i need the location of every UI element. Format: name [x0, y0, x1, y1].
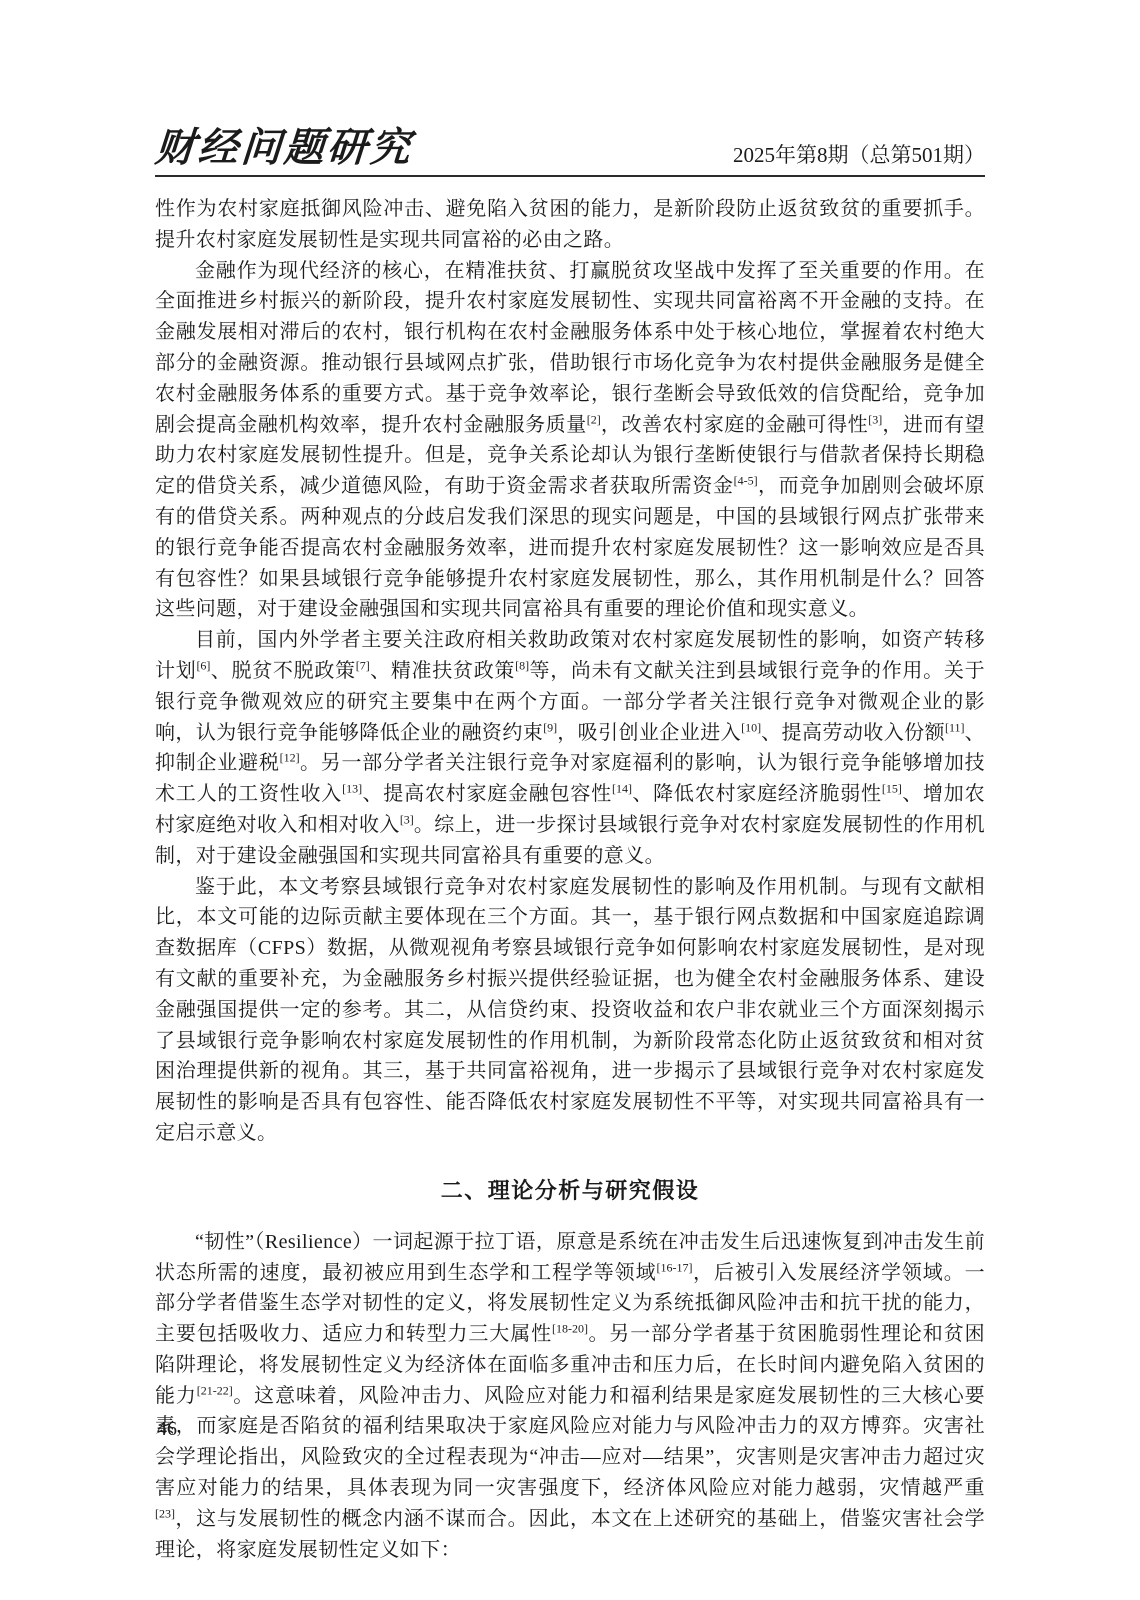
citation-ref: [10]: [741, 720, 761, 734]
citation-ref: [8]: [515, 658, 529, 672]
citation-ref: [13]: [342, 781, 362, 795]
journal-issue-info: 2025年第8期（总第501期）: [733, 143, 985, 168]
citation-ref: [23]: [155, 1506, 175, 1520]
citation-ref: [21-22]: [197, 1383, 233, 1397]
citation-ref: [18-20]: [552, 1321, 588, 1335]
citation-ref: [3]: [400, 812, 414, 826]
paragraph: “韧性”（Resilience）一词起源于拉丁语，原意是系统在冲击发生后迅速恢复…: [155, 1227, 985, 1566]
paragraph: 目前，国内外学者主要关注政府相关救助政策对农村家庭发展韧性的影响，如资产转移计划…: [155, 625, 985, 871]
citation-ref: [11]: [945, 720, 965, 734]
page-number: 46: [157, 1418, 177, 1441]
article-body: 性作为农村家庭抵御风险冲击、避免陷入贫困的能力，是新阶段防止返贫致贫的重要抓手。…: [155, 194, 985, 1565]
citation-ref: [2]: [587, 412, 601, 426]
paragraph: 鉴于此，本文考察县域银行竞争对农村家庭发展韧性的影响及作用机制。与现有文献相比，…: [155, 872, 985, 1149]
citation-ref: [4-5]: [734, 474, 758, 488]
citation-ref: [6]: [196, 658, 210, 672]
citation-ref: [12]: [280, 751, 300, 765]
citation-ref: [3]: [868, 412, 882, 426]
citation-ref: [7]: [356, 658, 370, 672]
paragraph: 性作为农村家庭抵御风险冲击、避免陷入贫困的能力，是新阶段防止返贫致贫的重要抓手。…: [155, 194, 985, 256]
journal-logo: 财经问题研究: [154, 128, 415, 168]
citation-ref: [14]: [612, 781, 632, 795]
section-heading: 二、理论分析与研究假设: [155, 1174, 985, 1205]
citation-ref: [15]: [882, 781, 902, 795]
journal-header: 财经问题研究 2025年第8期（总第501期）: [155, 128, 985, 177]
citation-ref: [9]: [543, 720, 557, 734]
citation-ref: [16-17]: [656, 1260, 692, 1274]
journal-page: 财经问题研究 2025年第8期（总第501期） 性作为农村家庭抵御风险冲击、避免…: [0, 0, 1140, 1600]
paragraph: 金融作为现代经济的核心，在精准扶贫、打赢脱贫攻坚战中发挥了至关重要的作用。在全面…: [155, 256, 985, 626]
